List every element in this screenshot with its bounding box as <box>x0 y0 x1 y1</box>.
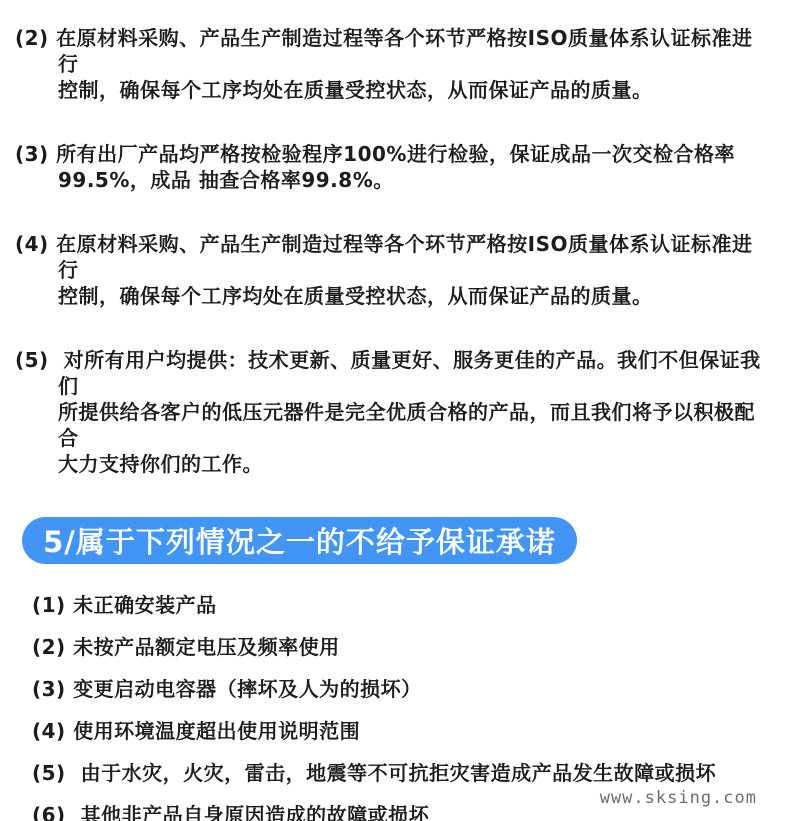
quality-paragraph-2: (2) 在原材料采购、产品生产制造过程等各个环节严格按ISO质量体系认证标准进行… <box>0 25 790 103</box>
website-watermark: www.sksing.com <box>600 788 757 808</box>
exclusion-list: (1) 未正确安装产品 (2) 未按产品额定电压及频率使用 (3) 变更启动电容… <box>0 594 790 821</box>
quality-assurance-section: (2) 在原材料采购、产品生产制造过程等各个环节严格按ISO质量体系认证标准进行… <box>0 0 790 477</box>
section-banner: 5/属于下列情况之一的不给予保证承诺 <box>22 517 577 564</box>
warranty-document-page: (2) 在原材料采购、产品生产制造过程等各个环节严格按ISO质量体系认证标准进行… <box>0 0 790 821</box>
quality-paragraph-4: (4) 在原材料采购、产品生产制造过程等各个环节严格按ISO质量体系认证标准进行… <box>0 231 790 309</box>
exclusion-item-1: (1) 未正确安装产品 <box>32 594 770 616</box>
exclusion-item-3: (3) 变更启动电容器（摔坏及人为的损坏） <box>32 678 770 700</box>
quality-paragraph-3: (3) 所有出厂产品均严格按检验程序100%进行检验，保证成品一次交检合格率 9… <box>0 141 790 193</box>
exclusion-item-4: (4) 使用环境温度超出使用说明范围 <box>32 720 770 742</box>
quality-paragraph-5: (5) 对所有用户均提供：技术更新、质量更好、服务更佳的产品。我们不但保证我们 … <box>0 347 790 477</box>
exclusion-item-5: (5) 由于水灾，火灾，雷击，地震等不可抗拒灾害造成产品发生故障或损坏 <box>32 762 770 784</box>
exclusion-item-2: (2) 未按产品额定电压及频率使用 <box>32 636 770 658</box>
section-banner-title: 5/属于下列情况之一的不给予保证承诺 <box>43 520 556 561</box>
